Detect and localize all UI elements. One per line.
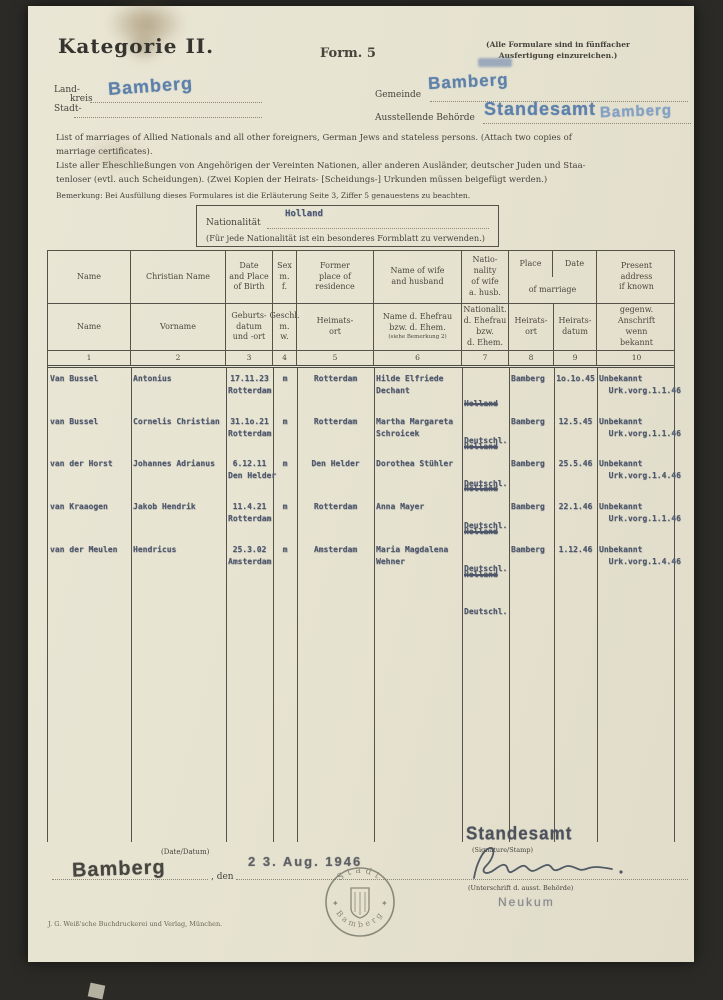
- col-number: 9: [554, 351, 597, 365]
- col-number: 1: [48, 351, 131, 365]
- nationality-note: (Für jede Nationalität ist ein besondere…: [206, 233, 485, 243]
- col-header-date: Date: [553, 251, 596, 277]
- col-header-address: Present address if known: [597, 251, 676, 303]
- nationality-field-line: [267, 228, 489, 229]
- category-title: Kategorie II.: [58, 34, 214, 58]
- behoerde-bamberg-stamp: Bamberg: [600, 102, 673, 122]
- stadt-label: Stadt-: [54, 104, 82, 114]
- seal-star-right: ✦: [381, 899, 388, 908]
- col-header-marriage: Place Date of marriage: [509, 251, 597, 303]
- marriages-table: Name Christian Name Date and Place of Bi…: [47, 250, 675, 842]
- col-header-heiratsort: Heirats- ort: [509, 304, 554, 350]
- col-header-place: Place: [509, 251, 552, 277]
- nationality-struck: Holland: [464, 398, 507, 410]
- city-seal-stamp: Stadt Bamberg ✦ ✦: [320, 852, 400, 952]
- nationality-label: Nationalität: [206, 218, 261, 228]
- kreis-bamberg-stamp: Bamberg: [107, 73, 193, 100]
- nationality-corrected: Deutschl.: [464, 606, 507, 618]
- col-number: 2: [131, 351, 226, 365]
- stadt-field-line: [74, 117, 262, 118]
- behoerde-field-line: [483, 123, 691, 124]
- neukum-name-stamp: Neukum: [498, 895, 555, 909]
- col-number: 6: [374, 351, 462, 365]
- col-header-geburt: Geburts- datum und -ort: [226, 304, 273, 350]
- col-header-name: Name: [48, 251, 131, 303]
- col-header-of-marriage: of marriage: [509, 277, 596, 303]
- col-number: 7: [462, 351, 509, 365]
- col-header-geschl: Geschl. m. w.: [273, 304, 297, 350]
- seal-star-left: ✦: [332, 899, 339, 908]
- cell-date: 1.12.46: [554, 543, 597, 644]
- scan-artifact: [88, 983, 106, 1000]
- col-header-birth: Date and Place of Birth: [226, 251, 273, 303]
- intro-english: List of marriages of Allied Nationals an…: [56, 132, 672, 159]
- col-header-christian-name: Christian Name: [131, 251, 226, 303]
- col-number: 3: [226, 351, 273, 365]
- table-row: Van Bussel Antonius 17.11.23 Rotterdam m…: [48, 372, 674, 414]
- cell-place: Bamberg: [509, 543, 554, 644]
- table-header-english: Name Christian Name Date and Place of Bi…: [48, 251, 674, 304]
- date-datum-label: (Date/Datum): [161, 848, 209, 856]
- col-header-ehefrau-note: (siehe Bemerkung 2): [388, 334, 446, 341]
- intro-german: Liste aller Eheschließungen von Angehöri…: [56, 160, 676, 187]
- svg-text:Stadt: Stadt: [336, 866, 385, 883]
- col-header-name-de: Name: [48, 304, 131, 350]
- cell-name: van der Meulen: [48, 543, 131, 644]
- cell-birth: 25.3.02 Amsterdam: [226, 543, 273, 644]
- printer-imprint: J. G. Weiß'sche Buchdruckerei und Verlag…: [48, 920, 222, 928]
- nationality-struck: Holland: [464, 569, 507, 581]
- cell-spouse: Maria Magdalena Wehner: [374, 543, 462, 644]
- cell-sex: m: [273, 543, 297, 644]
- scanned-document-page: { "header": { "category": "Kategorie II.…: [0, 0, 723, 1000]
- nationality-struck: Holland: [464, 526, 507, 538]
- col-number: 4: [273, 351, 297, 365]
- handwritten-signature: [456, 842, 671, 884]
- nationality-box: Nationalität Holland (Für jede Nationali…: [196, 205, 499, 247]
- col-header-residence: Former place of residence: [297, 251, 374, 303]
- col-header-nationality: Natio- nality of wife a. husb.: [462, 251, 509, 303]
- illegible-blue-stamp: [478, 58, 512, 67]
- col-number: 5: [297, 351, 374, 365]
- gemeinde-bamberg-stamp: Bamberg: [428, 70, 510, 94]
- table-header: Name Christian Name Date and Place of Bi…: [47, 250, 675, 368]
- cell-address: Unbekannt Urk.vorg.1.4.46: [597, 543, 676, 644]
- standesamt-stamp: Standesamt: [484, 99, 596, 120]
- table-row: van der Horst Johannes Adrianus 6.12.11 …: [48, 457, 674, 499]
- col-header-spouse: Name of wife and husband: [374, 251, 462, 303]
- table-body: Van Bussel Antonius 17.11.23 Rotterdam m…: [47, 368, 675, 842]
- col-number: 10: [597, 351, 676, 365]
- cell-residence: Amsterdam: [297, 543, 374, 644]
- cell-nationality: Holland Deutschl.: [462, 543, 509, 644]
- seal-top-text: Stadt: [336, 866, 385, 883]
- unterschrift-label: (Unterschrift d. ausst. Behörde): [468, 884, 573, 892]
- gemeinde-label: Gemeinde: [375, 90, 421, 100]
- col-header-anschrift: gegenw. Anschrift wenn bekannt: [597, 304, 676, 350]
- nationality-struck: Holland: [464, 441, 507, 453]
- table-column-numbers: 1 2 3 4 5 6 7 8 9 10: [48, 351, 674, 368]
- col-header-nationalitaet: Nationalit. d. Ehefrau bzw. d. Ehem.: [462, 304, 509, 350]
- col-number: 8: [509, 351, 554, 365]
- table-row: van der Meulen Hendricus 25.3.02 Amsterd…: [48, 543, 674, 585]
- cell-christian-name: Hendricus: [131, 543, 226, 644]
- document-paper: Kategorie II. Form. 5 (Alle Formulare si…: [28, 6, 694, 962]
- nationality-holland-stamp: Holland: [285, 208, 323, 222]
- col-header-heiratsdatum: Heirats- datum: [554, 304, 597, 350]
- nationality-struck: Holland: [464, 483, 507, 495]
- col-header-sex: Sex m. f.: [273, 251, 297, 303]
- col-header-heimatsort: Heimats- ort: [297, 304, 374, 350]
- kreis-field-line: [90, 102, 262, 103]
- footer-bamberg-stamp: Bamberg: [72, 856, 166, 882]
- table-header-german: Name Vorname Geburts- datum und -ort Ges…: [48, 304, 674, 351]
- table-row: van Bussel Cornelis Christian 31.1o.21 R…: [48, 415, 674, 457]
- behoerde-label: Ausstellende Behörde: [375, 113, 475, 123]
- intro-remark: Bemerkung: Bei Ausfüllung dieses Formula…: [56, 191, 676, 200]
- den-label: , den: [211, 872, 234, 882]
- table-row: van Kraaogen Jakob Hendrik 11.4.21 Rotte…: [48, 500, 674, 542]
- form-number: Form. 5: [320, 46, 376, 61]
- col-header-vorname: Vorname: [131, 304, 226, 350]
- col-header-ehefrau: Name d. Ehefrau bzw. d. Ehem. (siehe Bem…: [374, 304, 462, 350]
